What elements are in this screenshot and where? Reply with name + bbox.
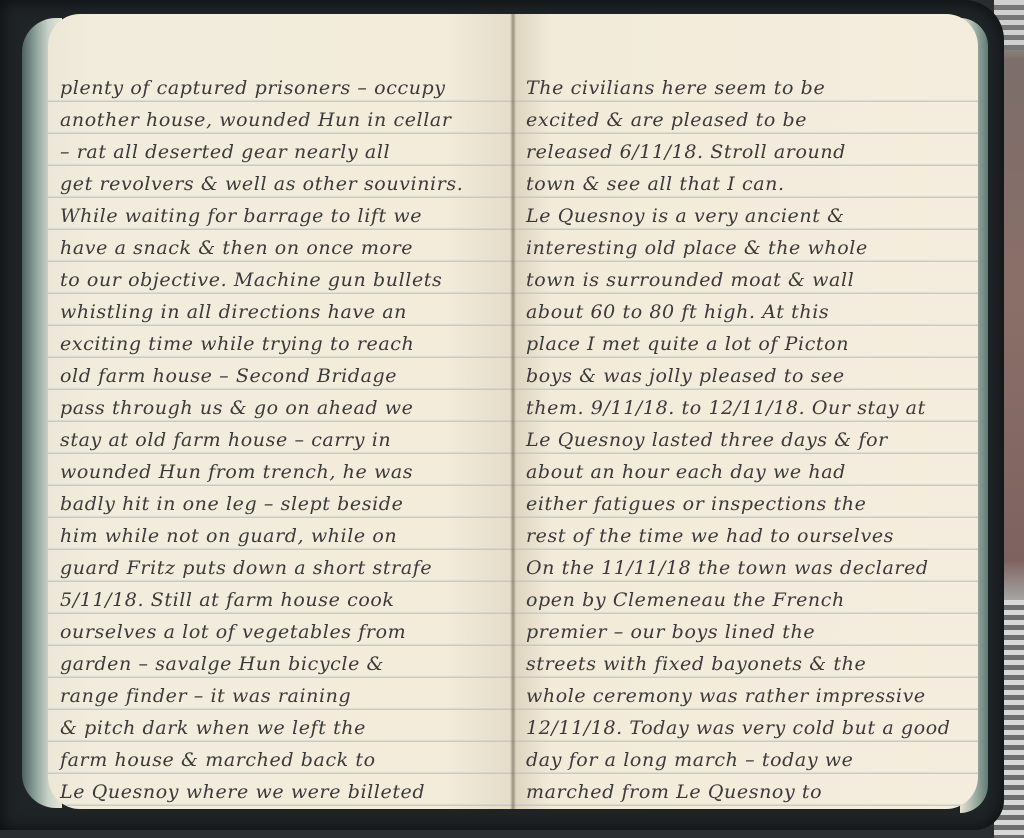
handwritten-line: 5/11/18. Still at farm house cook <box>60 584 506 616</box>
handwritten-line: town & see all that I can. <box>526 168 974 200</box>
handwritten-line: rest of the time we had to ourselves <box>526 520 974 552</box>
handwritten-line: guard Fritz puts down a short strafe <box>60 552 506 584</box>
handwritten-line: him while not on guard, while on <box>60 520 506 552</box>
handwritten-line: & pitch dark when we left the <box>60 712 506 744</box>
handwritten-line: released 6/11/18. Stroll around <box>526 136 974 168</box>
handwritten-line: Le Quesnoy where we were billeted <box>60 776 506 808</box>
handwritten-line: open by Clemeneau the French <box>526 584 974 616</box>
handwritten-line: either fatigues or inspections the <box>526 488 974 520</box>
handwritten-line: garden – savalge Hun bicycle & <box>60 648 506 680</box>
right-page: The civilians here seem to be excited & … <box>514 14 978 809</box>
handwritten-line: boys & was jolly pleased to see <box>526 360 974 392</box>
handwritten-line: old farm house – Second Bridage <box>60 360 506 392</box>
handwritten-line: excited & are pleased to be <box>526 104 974 136</box>
book-gutter <box>510 14 516 809</box>
handwritten-line: pass through us & go on ahead we <box>60 392 506 424</box>
handwritten-line: about 60 to 80 ft high. At this <box>526 296 974 328</box>
handwritten-line: have a snack & then on once more <box>60 232 506 264</box>
handwritten-line: The civilians here seem to be <box>526 72 974 104</box>
handwritten-line: wounded Hun from trench, he was <box>60 456 506 488</box>
handwritten-line: range finder – it was raining <box>60 680 506 712</box>
handwritten-line: whistling in all directions have an <box>60 296 506 328</box>
handwritten-line: Le Quesnoy lasted three days & for <box>526 424 974 456</box>
left-page-text: plenty of captured prisoners – occupy an… <box>60 76 506 809</box>
handwritten-line: ourselves a lot of vegetables from <box>60 616 506 648</box>
handwritten-line: town is surrounded moat & wall <box>526 264 974 296</box>
handwritten-line: to our objective. Machine gun bullets <box>60 264 506 296</box>
handwritten-line: get revolvers & well as other souvinirs. <box>60 168 506 200</box>
handwritten-line: While waiting for barrage to lift we <box>60 200 506 232</box>
handwritten-line: interesting old place & the whole <box>526 232 974 264</box>
handwritten-line: On the 11/11/18 the town was declared <box>526 552 974 584</box>
handwritten-line: about an hour each day we had <box>526 456 974 488</box>
handwritten-line: plenty of captured prisoners – occupy <box>60 72 506 104</box>
handwritten-line: streets with fixed bayonets & the <box>526 648 974 680</box>
handwritten-line: marched from Le Quesnoy to <box>526 776 974 808</box>
handwritten-line: another house, wounded Hun in cellar <box>60 104 506 136</box>
handwritten-line: premier – our boys lined the <box>526 616 974 648</box>
right-page-text: The civilians here seem to be excited & … <box>526 76 974 809</box>
handwritten-line: them. 9/11/18. to 12/11/18. Our stay at <box>526 392 974 424</box>
handwritten-line: Beauvois a distance of fifteen <box>526 808 974 809</box>
handwritten-line: farm house & marched back to <box>60 744 506 776</box>
handwritten-line: whole ceremony was rather impressive <box>526 680 974 712</box>
handwritten-line: place I met quite a lot of Picton <box>526 328 974 360</box>
handwritten-line: exciting time while trying to reach <box>60 328 506 360</box>
handwritten-line: – rat all deserted gear nearly all <box>60 136 506 168</box>
handwritten-line: Le Quesnoy is a very ancient & <box>526 200 974 232</box>
left-page: plenty of captured prisoners – occupy an… <box>48 14 514 809</box>
handwritten-line: stay at old farm house – carry in <box>60 424 506 456</box>
handwritten-line: 12/11/18. Today was very cold but a good <box>526 712 974 744</box>
handwritten-line: badly hit in one leg – slept beside <box>60 488 506 520</box>
handwritten-line: day for a long march – today we <box>526 744 974 776</box>
handwritten-line: in a three storied house. <box>60 808 506 809</box>
